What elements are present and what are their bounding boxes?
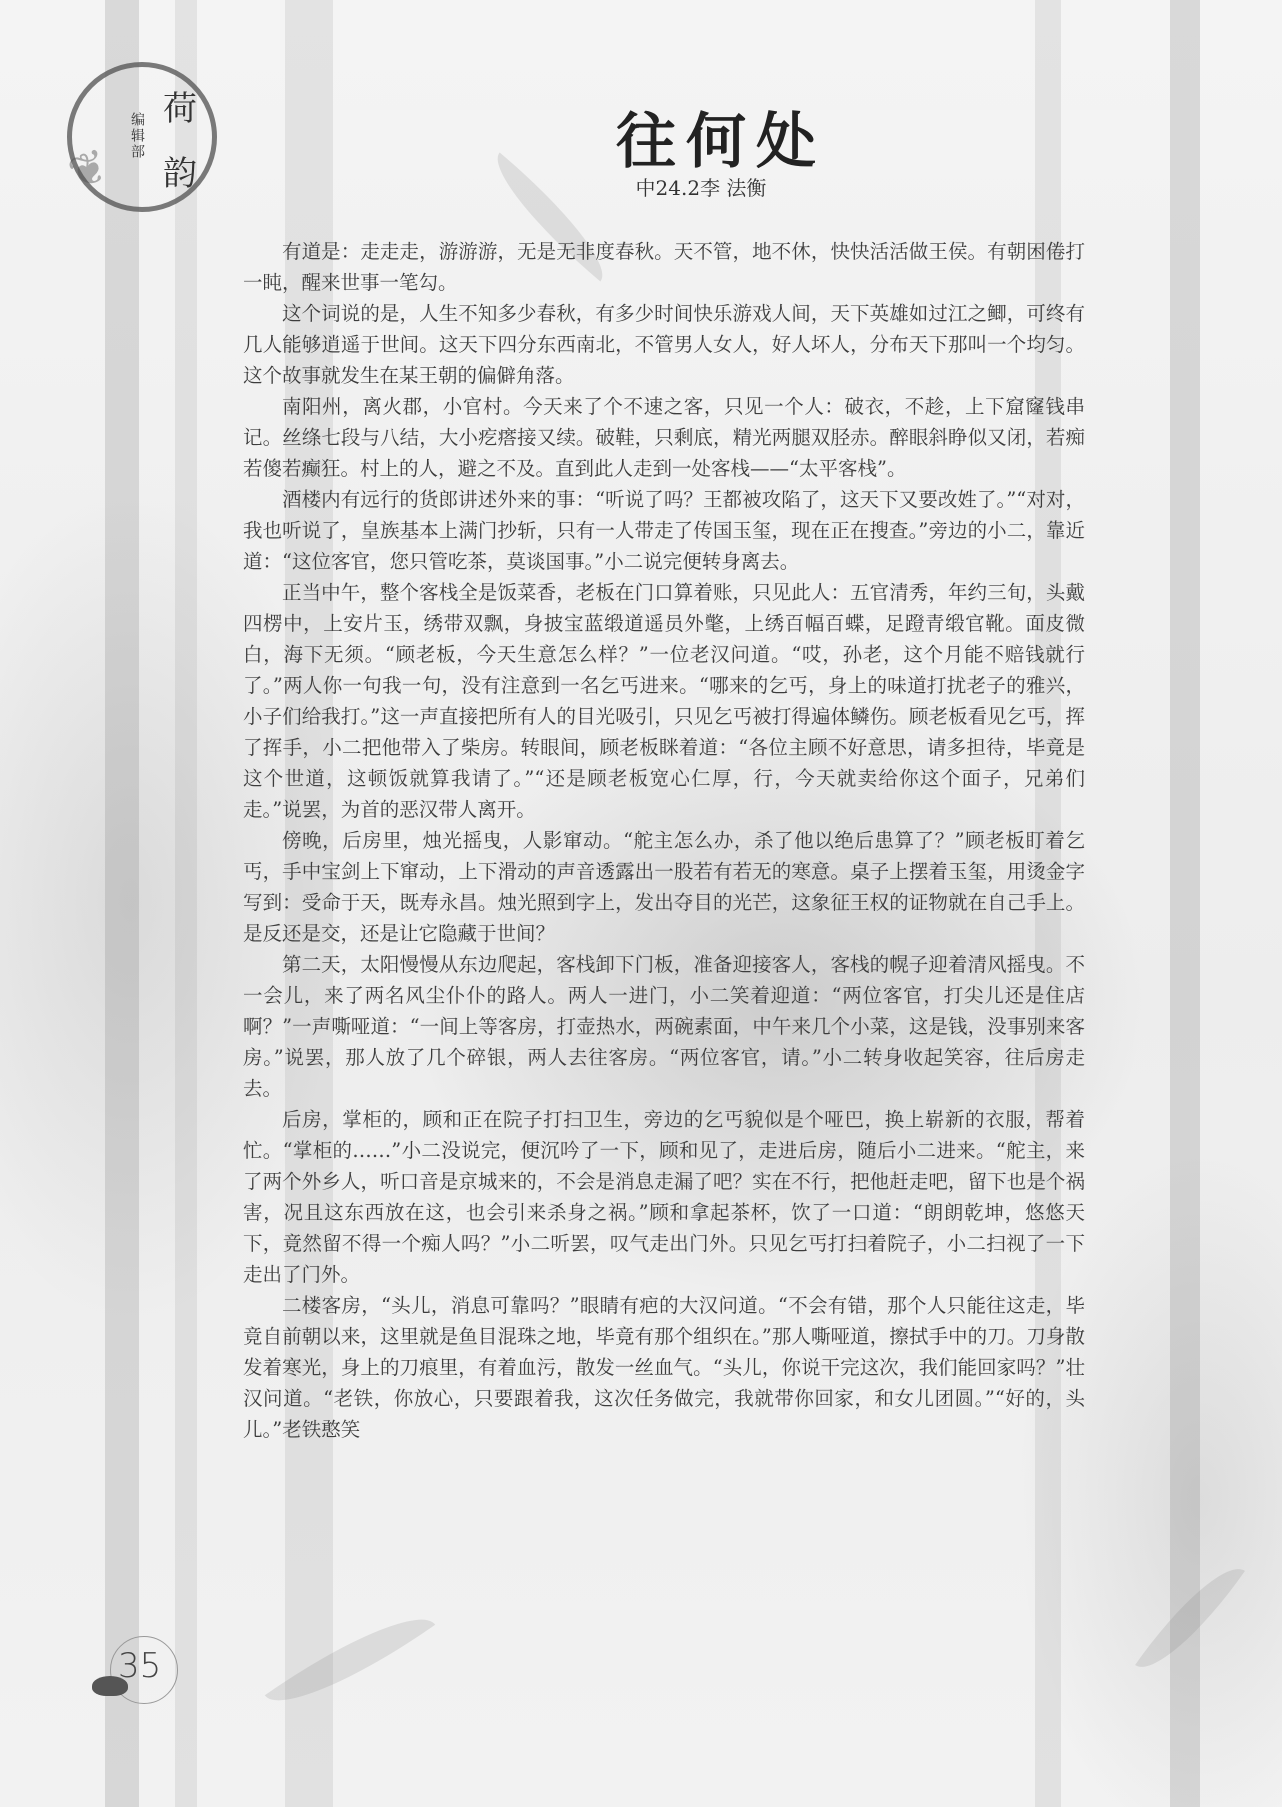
article-title: 往何处	[0, 94, 1282, 180]
paragraph: 二楼客房，“头儿，消息可靠吗？”眼睛有疤的大汉问道。“不会有错，那个人只能往这走…	[243, 1290, 1085, 1445]
bamboo-stalk	[105, 0, 139, 1807]
paragraph: 南阳州，离火郡，小官村。今天来了个不速之客，只见一个人：破衣，不趁，上下窟窿钱串…	[243, 391, 1085, 484]
page-number-badge: 35	[92, 1632, 172, 1712]
paragraph: 傍晚，后房里，烛光摇曳，人影窜动。“舵主怎么办，杀了他以绝后患算了？”顾老板盯着…	[243, 825, 1085, 949]
paragraph: 后房，掌柜的，顾和正在院子打扫卫生，旁边的乞丐貌似是个哑巴，换上崭新的衣服，帮着…	[243, 1104, 1085, 1290]
article-byline: 中24.2李 法衡	[0, 172, 1282, 201]
bamboo-stalk	[1170, 0, 1200, 1807]
paragraph: 第二天，太阳慢慢从东边爬起，客栈卸下门板，准备迎接客人，客栈的幌子迎着清风摇曳。…	[243, 949, 1085, 1104]
article-body: 有道是：走走走，游游游，无是无非度春秋。天不管，地不休，快快活活做王侯。有朝困倦…	[243, 236, 1085, 1445]
bamboo-leaf	[265, 1592, 435, 1728]
paragraph: 酒楼内有远行的货郎讲述外来的事：“听说了吗？王都被攻陷了，这天下又要改姓了。”“…	[243, 484, 1085, 577]
page-number: 35	[118, 1646, 161, 1686]
bamboo-stalk	[175, 0, 197, 1807]
paragraph: 有道是：走走走，游游游，无是无非度春秋。天不管，地不休，快快活活做王侯。有朝困倦…	[243, 236, 1085, 298]
paragraph: 正当中午，整个客栈全是饭菜香，老板在门口算着账，只见此人：五官清秀，年约三旬，头…	[243, 577, 1085, 825]
bamboo-leaf	[1135, 1550, 1245, 1685]
paragraph: 这个词说的是，人生不知多少春秋，有多少时间快乐游戏人间，天下英雄如过江之鲫，可终…	[243, 298, 1085, 391]
